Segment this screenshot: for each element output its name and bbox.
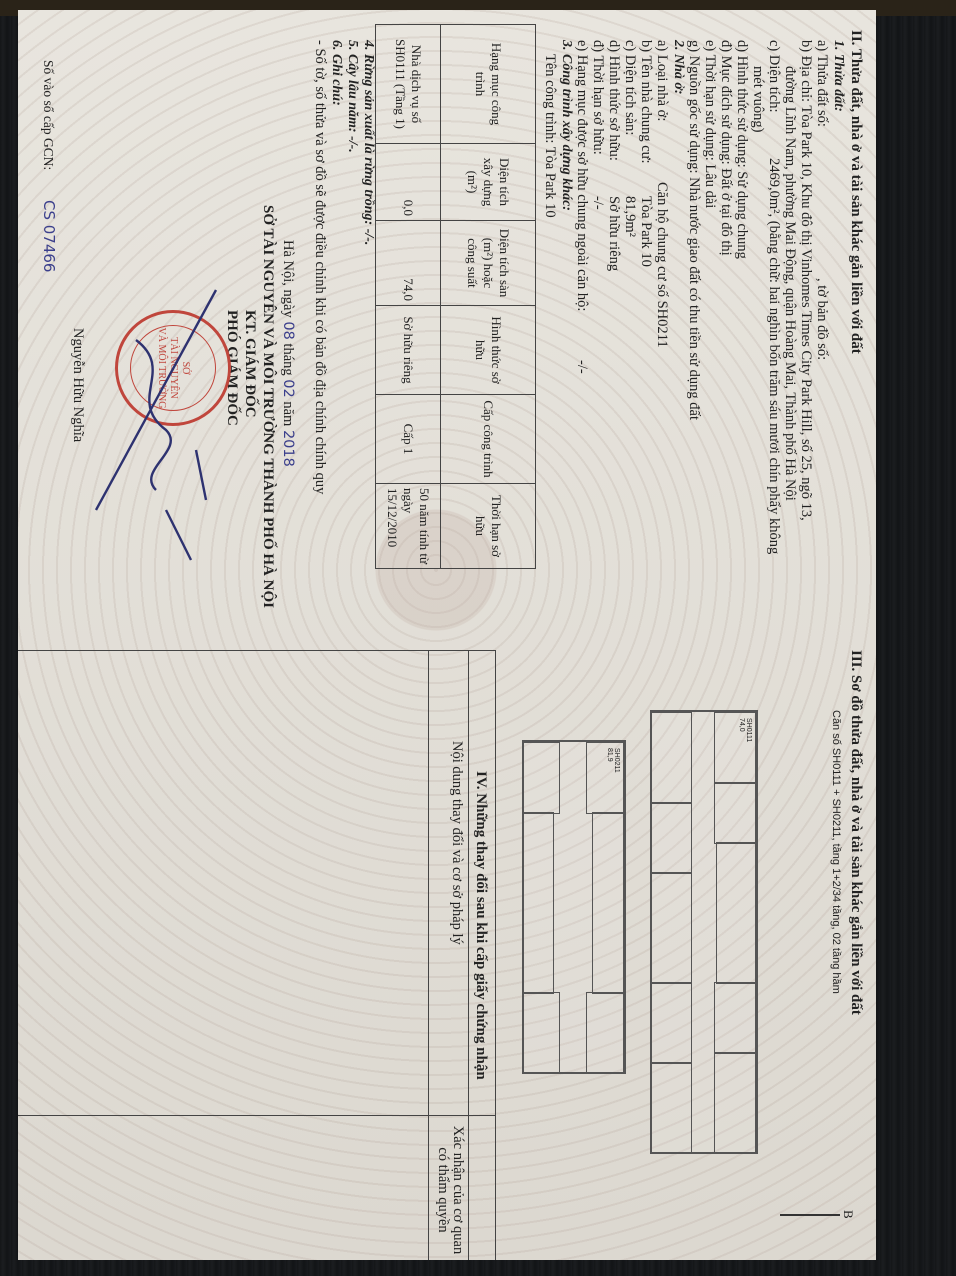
unit-label-sh0211: SH0211 81,9 bbox=[606, 748, 620, 773]
sign-date: Hà Nội, ngày 08 tháng 02 năm 2018 bbox=[280, 240, 297, 467]
floor-plan-level-2: SH0211 81,9 bbox=[522, 740, 626, 1074]
registry-value: CS 07466 bbox=[40, 200, 58, 272]
date-year: 2018 bbox=[280, 430, 296, 467]
notes-text: - Số tờ, số thửa và sơ đồ sẽ được điều c… bbox=[312, 40, 329, 494]
land-use-purpose: đ) Mục đích sử dụng: Đất ở tại đô thị bbox=[718, 40, 735, 256]
date-prefix: Hà Nội, ngày bbox=[280, 240, 296, 318]
building-name-label: b) Tên nhà chung cư: bbox=[638, 40, 655, 164]
land-use-origin: g) Nguồn gốc sử dụng: Nhà nước giao đất … bbox=[686, 40, 703, 420]
north-arrow: B bbox=[780, 1210, 856, 1219]
th-ownership: Hình thức sở hữu bbox=[441, 306, 536, 395]
section-iii-title: III. Sơ đồ thửa đất, nhà ở và tài sản kh… bbox=[847, 650, 864, 1015]
th-grade: Cấp công trình bbox=[441, 395, 536, 484]
ownership-form-label: d) Hình thức sở hữu: bbox=[606, 40, 623, 161]
cell-term: 50 năm tính từ ngày 15/12/2010 bbox=[376, 484, 441, 569]
signer-name: Nguyễn Hữu Nghĩa bbox=[70, 328, 87, 442]
authority-name: SỞ TÀI NGUYÊN VÀ MÔI TRƯỜNG THÀNH PHỐ HÀ… bbox=[259, 205, 276, 608]
table-row: Nhà dịch vụ số SH0111 (Tầng 1) 0,0 74,0 … bbox=[376, 25, 441, 569]
th-term: Thời hạn sở hữu bbox=[441, 484, 536, 569]
cell-build-area: 0,0 bbox=[376, 144, 441, 221]
th-item: Hạng mục công trình bbox=[441, 25, 536, 144]
ownership-form-value: Sở hữu riêng bbox=[606, 196, 623, 271]
date-year-label: năm bbox=[280, 401, 296, 426]
shared-items-value: -/- bbox=[574, 360, 591, 374]
land-heading: 1. Thửa đất: bbox=[830, 40, 846, 112]
floor-area-label: c) Diện tích sàn: bbox=[622, 40, 639, 135]
land-area-value: 2469,0m², (bằng chữ: hai nghìn bốn trăm … bbox=[766, 158, 783, 554]
cell-ownership: Sở hữu riêng bbox=[376, 306, 441, 395]
unit-code: SH0111 bbox=[745, 718, 752, 742]
notes-heading: 6. Ghi chú: bbox=[328, 40, 344, 106]
land-area-label: c) Diện tích: bbox=[766, 40, 783, 112]
certificate-page: II. Thửa đất, nhà ở và tài sản khác gắn … bbox=[18, 10, 876, 1260]
building-name-value: Tòa Park 10 bbox=[638, 196, 655, 267]
shared-items-label: e) Hạng mục được sở hữu chung ngoài căn … bbox=[574, 40, 591, 311]
house-type-label: a) Loại nhà ở: bbox=[654, 40, 671, 121]
date-month: 02 bbox=[280, 379, 296, 397]
plan-caption: Căn số SH0111 + SH0211, tầng 1+2/34 tầng… bbox=[830, 710, 842, 994]
changes-table: IV. Những thay đổi sau khi cấp giấy chứn… bbox=[18, 650, 496, 1260]
floor-plan-level-1: SH0111 74,0 bbox=[650, 710, 758, 1154]
cell-item: Nhà dịch vụ số SH0111 (Tầng 1) bbox=[376, 25, 441, 144]
changes-col-content: Nội dung thay đổi và cơ sở pháp lý bbox=[18, 651, 495, 1116]
ownership-term-label: đ) Thời hạn sở hữu: bbox=[590, 40, 607, 155]
house-heading: 2. Nhà ở: bbox=[670, 40, 686, 95]
other-works-heading: 3. Công trình xây dựng khác: bbox=[558, 40, 574, 211]
date-month-label: tháng bbox=[280, 343, 296, 375]
land-address: b) Địa chỉ: Tòa Park 10, Khu đô thị Vinh… bbox=[798, 40, 815, 521]
th-floor-area: Diện tích sàn (m²) hoặc công suất bbox=[441, 221, 536, 306]
land-area-cont: mét vuông) bbox=[750, 66, 767, 132]
forest-line: 4. Rừng sản xuất là rừng trồng: -/-. bbox=[360, 40, 376, 245]
date-day: 08 bbox=[280, 321, 296, 339]
cell-grade: Cấp 1 bbox=[376, 395, 441, 484]
ownership-term-value: -/- bbox=[590, 196, 607, 210]
land-address-cont: đường Lĩnh Nam, phường Mai Động, quận Ho… bbox=[782, 66, 799, 501]
land-use-term: e) Thời hạn sử dụng: Lâu dài bbox=[702, 40, 719, 208]
perennial-line: 5. Cây lâu năm: -/-. bbox=[344, 40, 360, 153]
kt-director: KT. GIÁM ĐỐC bbox=[241, 310, 258, 418]
other-works-name: Tên công trình: Tòa Park 10 bbox=[542, 54, 559, 218]
section-ii-title: II. Thửa đất, nhà ở và tài sản khác gắn … bbox=[847, 30, 864, 354]
unit-area: 81,9 bbox=[606, 748, 613, 762]
th-build-area: Diện tích xây dựng (m²) bbox=[441, 144, 536, 221]
north-label: B bbox=[841, 1210, 856, 1219]
unit-area: 74,0 bbox=[738, 718, 745, 732]
unit-label-sh0111: SH0111 74,0 bbox=[738, 718, 752, 742]
floor-area-value: 81,9m² bbox=[622, 196, 639, 237]
land-parcel-number: a) Thửa đất số: bbox=[814, 40, 831, 127]
registry-label: Số vào sổ cấp GCN: bbox=[40, 60, 57, 170]
col-confirm-header: Xác nhận của cơ quan có thẩm quyền bbox=[435, 1125, 465, 1255]
land-use-form: d) Hình thức sử dụng: Sử dụng chung bbox=[734, 40, 751, 259]
signature bbox=[76, 280, 236, 580]
land-map-sheet: , tờ bản đồ số: bbox=[814, 278, 831, 360]
col-content-header: Nội dung thay đổi và cơ sở pháp lý bbox=[449, 741, 466, 945]
cell-floor-area: 74,0 bbox=[376, 221, 441, 306]
unit-code: SH0211 bbox=[613, 748, 620, 773]
other-works-table: Hạng mục công trình Diện tích xây dựng (… bbox=[375, 24, 536, 569]
house-type-value: Căn hộ chung cư số SH0211 bbox=[654, 182, 671, 348]
